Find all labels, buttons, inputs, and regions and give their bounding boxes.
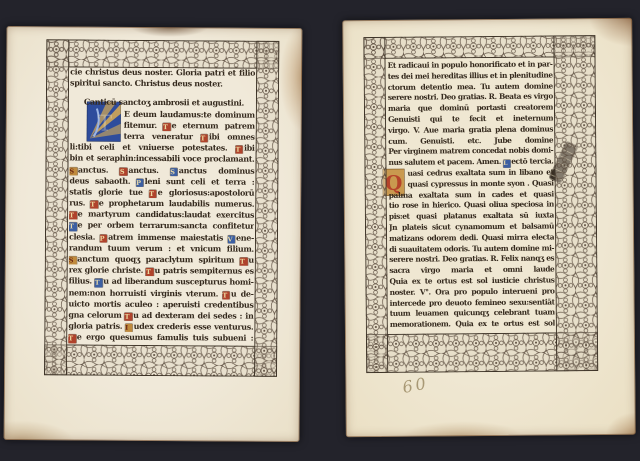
text-segment: e martyrum candidatus:laudat exercitus [78,209,255,220]
woodcut-border-left [44,39,69,375]
text-segment: clesia. [69,231,100,241]
text-segment: anctus dominus [179,165,255,176]
text-segment: nus salutem et pacem. Amen. [388,157,503,167]
small-initial-red: T [235,146,243,154]
text-segment: li:tibi celi et vniuerse potestates. [70,142,236,153]
text-segment: u [248,255,254,265]
text-segment: Et radicaui in populo honorificato et in… [388,59,553,69]
text-line: Canticū sanctoʒ ambrosii et augustini. [70,97,255,109]
text-segment: rex glorie christe. [69,265,146,276]
text-segment: statis glorie tue [69,186,149,197]
text-segment: ene- [236,232,254,242]
woodcut-border-right [254,41,279,377]
handwritten-pencil-mark: 60 [401,373,430,396]
photo-of-book-of-hours-leaf: T cie christus deus noster. Gloria patri… [0,0,640,461]
small-initial-red: T [222,291,230,299]
text-line: spiritui sancto. Christus deus noster. [70,78,255,90]
text-segment: randum tuum verum : et vnicum filium. [69,242,254,253]
text-segment: ectō tercia. [511,157,553,166]
text-segment: deus sabaoth. [69,175,136,185]
text-segment: u ad liberandum suscepturus homi- [103,276,253,287]
text-segment: u patris sempiternus es [154,265,253,276]
left-leaf: T cie christus deus noster. Gloria patri… [4,26,303,442]
text-segment: rus. [69,197,90,207]
text-segment: filius. [69,276,95,286]
text-segment: serere nostri. Deo gratias. R. Beata es … [388,92,553,102]
woodcut-border-bottom [44,344,277,377]
text-segment: anctum quoqʒ paraclytum spiritum [77,253,240,264]
text-segment: u de- [231,288,254,298]
small-initial-red: T [240,258,248,266]
text-segment: Canticū sanctoʒ ambrosii et augustini. [84,97,244,108]
text-segment: anctus. [78,164,120,174]
text-segment: udex crederis esse venturus. [134,321,254,332]
text-segment: anctus. [128,164,170,174]
text-segment: terra veneratur [124,131,201,142]
text-segment: serere nostri. Deo gratias. R. Felix nan… [389,254,554,264]
text-segment: atrem immense maiestatis [108,231,228,242]
text-segment: nem:non horruisti virginis vterum. [69,287,223,298]
text-segment: e ergo quesumus famulis tuis subueni : [77,332,254,343]
text-segment: gna celorum [68,309,124,319]
text-segment: fitemur. [124,120,163,130]
woodcut-border-left [363,37,388,373]
small-initial-blue: V [228,235,236,243]
text-segment: di suauitatem odoris. Tu autem domine mi… [389,243,554,253]
text-segment: E deum laudamus:te dominum cō- [124,108,255,120]
left-page-text-column: cie christus deus noster. Gloria patri e… [68,66,255,344]
woodcut-border-right [553,35,598,371]
text-segment: bin et seraphin:incessabili voce proclam… [69,153,254,164]
right-leaf: Q 60 Et radicaui in populo honorificato … [342,18,636,438]
right-page-text-column: Et radicaui in populo honorificato et in… [388,59,555,330]
text-segment: Per virginem matrem concedat nobis domi- [388,146,553,156]
text-segment: memorationem. Quia ex te ortus est sol i… [390,319,555,331]
text-segment: uasi cedrus exaltata sum in libano et [407,167,553,177]
text-segment: quasi cypressus in monte syon . Quasi [408,178,554,188]
woodcut-border-top [46,39,279,69]
small-initial-red: T [68,335,76,344]
text-segment: e prophetarum laudabilis numerus. [99,198,255,209]
text-segment: spiritui sancto. Christus deus noster. [70,78,223,89]
text-segment: u ad dexteram dei sedes : in [133,310,253,321]
text-segment: gloria patris. [68,321,125,331]
text-line: Te ergo quesumus famulis tuis subueni : [68,332,253,344]
text-line: memorationem. Quia ex te ortus est sol i… [390,319,555,331]
